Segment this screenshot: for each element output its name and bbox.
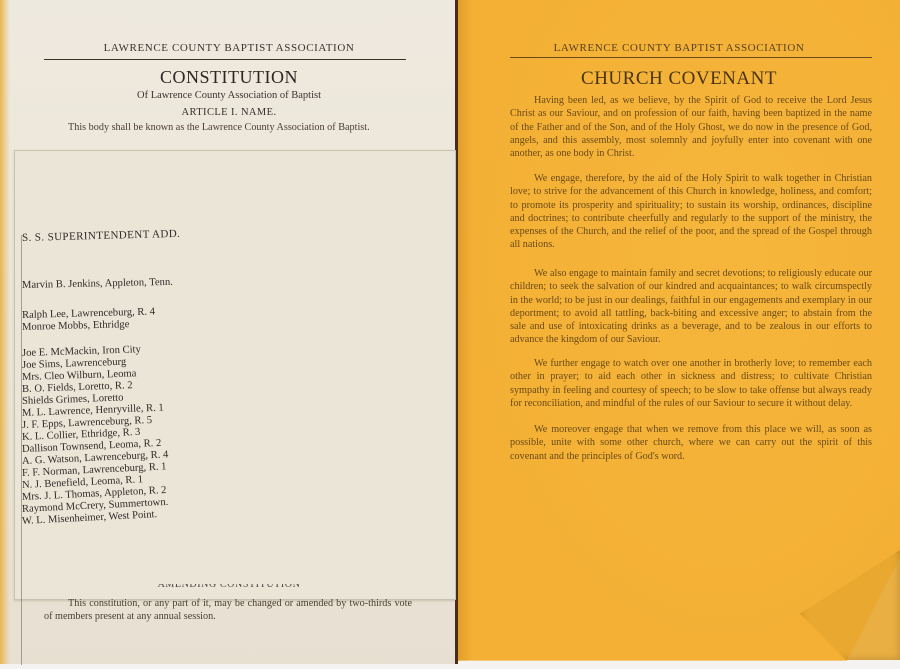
constitution-page: LAWRENCE COUNTY BAPTIST ASSOCIATION CONS… xyxy=(0,0,458,664)
article-1-text: This body shall be known as the Lawrence… xyxy=(44,121,408,134)
covenant-paragraph-5: We moreover engage that when we remove f… xyxy=(510,423,872,463)
page-title: CHURCH COVENANT xyxy=(458,68,900,90)
covenant-paragraph-4: We further engage to watch over one anot… xyxy=(510,357,872,410)
page-subtitle: Of Lawrence County Association of Baptis… xyxy=(0,90,458,101)
header-rule xyxy=(44,59,406,60)
running-head: LAWRENCE COUNTY BAPTIST ASSOCIATION xyxy=(0,42,458,54)
running-head: LAWRENCE COUNTY BAPTIST ASSOCIATION xyxy=(458,42,900,54)
amending-text: This constitution, or any part of it, ma… xyxy=(44,597,412,624)
covenant-paragraph-1: Having been led, as we believe, by the S… xyxy=(510,94,872,160)
article-1-heading: ARTICLE I. NAME. xyxy=(0,107,458,118)
covenant-paragraph-3: We also engage to maintain family and se… xyxy=(510,267,872,347)
covenant-page: LAWRENCE COUNTY BAPTIST ASSOCIATION CHUR… xyxy=(458,0,900,664)
header-rule xyxy=(510,57,872,58)
covenant-paragraph-2: We engage, therefore, by the aid of the … xyxy=(510,172,872,252)
page-title: CONSTITUTION xyxy=(0,67,458,88)
